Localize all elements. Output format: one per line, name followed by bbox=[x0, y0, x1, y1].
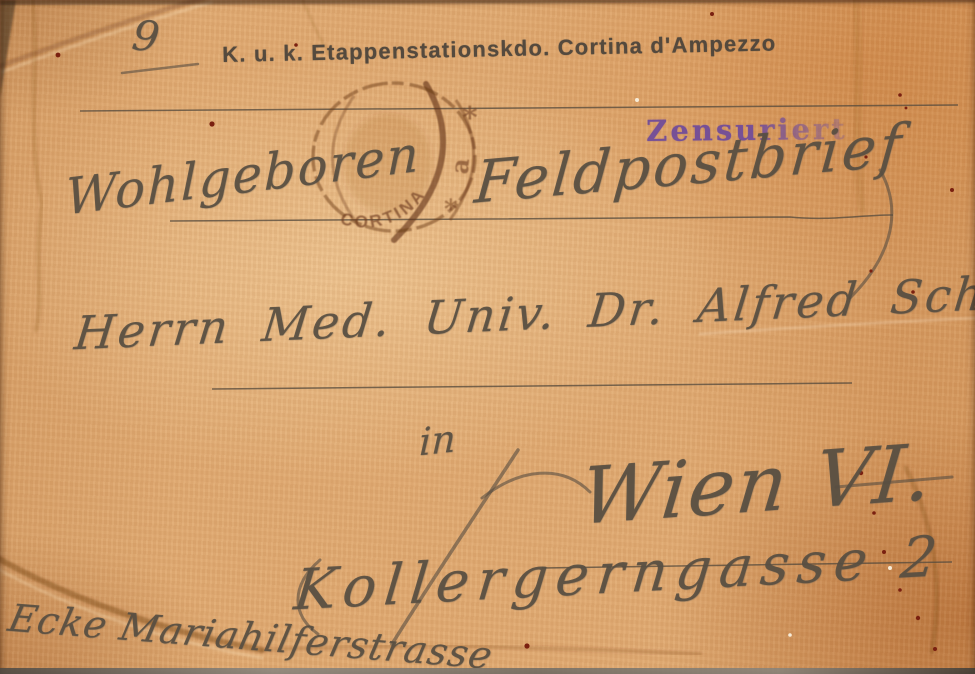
pencil-wien-leadin bbox=[482, 473, 590, 498]
pencil-nine-underline bbox=[122, 64, 198, 73]
postmark-letter: a bbox=[445, 157, 475, 175]
scan-edge-strip bbox=[0, 668, 975, 674]
postmark-star-top-icon: * bbox=[462, 101, 478, 136]
ruled-line-2 bbox=[170, 215, 893, 221]
postmark-star-bottom-icon: * bbox=[444, 195, 458, 225]
feldpost-envelope: CORTINA * a * bbox=[0, 0, 975, 674]
handwritten-preposition: in bbox=[418, 416, 456, 464]
ruled-line-3 bbox=[212, 383, 852, 389]
ruled-line-1 bbox=[80, 105, 958, 111]
